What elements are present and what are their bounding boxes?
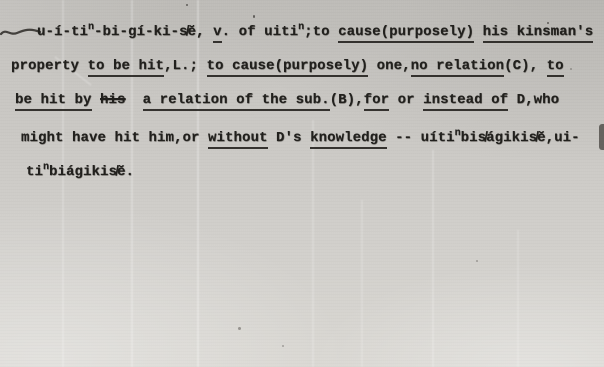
text-line-4: might have hit him,or without D's knowle… — [21, 124, 580, 148]
text-line-1: u-í-tin-bi-gí-ki-s̸ĕ, v. of uitin;to cau… — [37, 18, 593, 42]
text-segment: D's — [268, 130, 311, 146]
text-segment: v — [213, 24, 222, 43]
text-segment — [126, 92, 143, 108]
text-segment: ti — [26, 164, 43, 180]
struck-word: his — [100, 92, 126, 108]
text-segment: D,who — [508, 92, 559, 108]
text-segment: -- uíti — [387, 130, 455, 146]
text-segment: his kinsman's — [483, 24, 594, 43]
text-segment: be hit by — [15, 92, 92, 111]
scanned-card: u-í-tin-bi-gí-ki-s̸ĕ, v. of uitin;to cau… — [0, 0, 604, 367]
text-line-3: be hit by his a relation of the sub.(B),… — [15, 90, 559, 110]
text-segment: ,L.; — [164, 58, 207, 74]
text-line-5: tinbiágikis̸ĕ. — [26, 158, 134, 182]
text-segment: -bi-gí-ki-s̸ĕ, — [94, 24, 213, 40]
text-segment: property — [11, 58, 88, 74]
text-segment: without — [208, 130, 268, 149]
text-segment: (B), — [330, 92, 364, 108]
text-segment: cause(purposely) — [338, 24, 474, 43]
text-segment: might have hit him,or — [21, 130, 208, 146]
text-segment: bis̸ágikis̸ĕ,ui- — [461, 130, 580, 146]
text-segment: instead of — [423, 92, 508, 111]
text-segment: no relation — [411, 58, 505, 77]
text-segment: (C), — [504, 58, 547, 74]
text-segment: a relation of the sub. — [143, 92, 330, 111]
text-segment: for — [364, 92, 390, 111]
text-segment: one, — [368, 58, 411, 74]
text-segment — [474, 24, 483, 40]
text-line-2: property to be hit,L.; to cause(purposel… — [11, 56, 564, 76]
text-segment: . of uiti — [222, 24, 299, 40]
text-segment: to cause(purposely) — [207, 58, 369, 77]
text-segment: knowledge — [310, 130, 387, 149]
text-segment: ;to — [304, 24, 338, 40]
text-segment: biágikis̸ĕ. — [49, 164, 134, 180]
text-segment: to be hit — [88, 58, 165, 77]
typewritten-text: u-í-tin-bi-gí-ki-s̸ĕ, v. of uitin;to cau… — [0, 0, 604, 367]
text-segment: or — [389, 92, 423, 108]
text-segment — [92, 92, 101, 108]
text-segment: to — [547, 58, 564, 77]
text-segment: u-í-ti — [37, 24, 88, 40]
